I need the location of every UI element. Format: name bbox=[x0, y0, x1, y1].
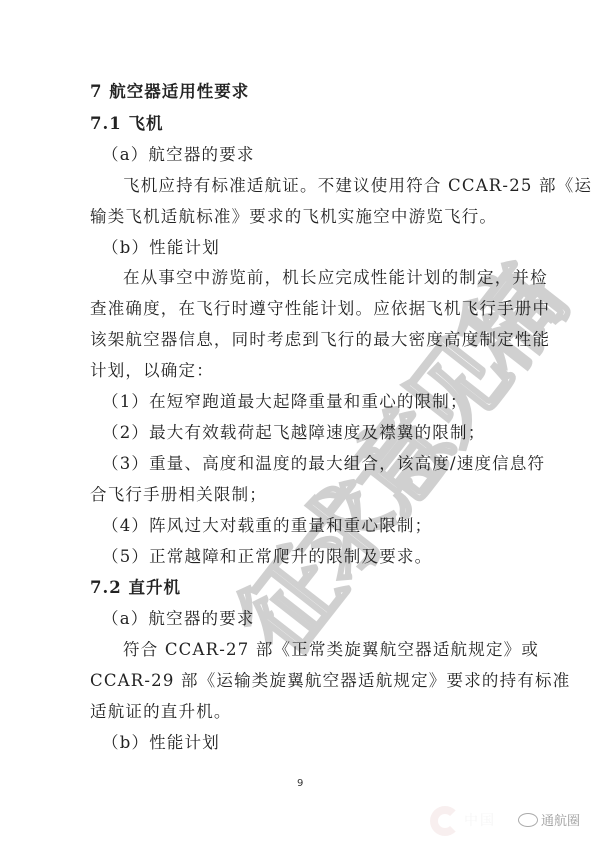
wechat-icon bbox=[518, 813, 538, 827]
list-item: （3）重量、高度和温度的最大组合，该高度/速度信息符 bbox=[102, 454, 514, 474]
page-number: 9 bbox=[297, 778, 303, 789]
list-item: （1）在短窄跑道最大起降重量和重心的限制； bbox=[102, 392, 526, 412]
paragraph-line: 输类飞机适航标准》要求的飞机实施空中游览飞行。 bbox=[90, 207, 514, 227]
paragraph-line: 适航证的直升机。 bbox=[90, 702, 514, 722]
logo-text: 中国 bbox=[464, 810, 496, 830]
paragraph-line: 在从事空中游览前，机长应完成性能计划的制定，并检 bbox=[123, 268, 514, 288]
list-item: （4）阵风过大对载重的重量和重心限制； bbox=[102, 516, 526, 536]
logo-c-icon bbox=[430, 806, 460, 836]
list-item: （2）最大有效载荷起飞越障速度及襟翼的限制； bbox=[102, 423, 526, 443]
paragraph-line: 查准确度，在飞行时遵守性能计划。应依据飞机飞行手册中 bbox=[90, 299, 514, 319]
clause-a-label: （a）航空器的要求 bbox=[102, 609, 526, 629]
wechat-account-label: 通航圈 bbox=[541, 810, 580, 829]
clause-b-label: （b）性能计划 bbox=[102, 238, 526, 258]
subsection-title-7-1: 7.1 飞机 bbox=[90, 114, 514, 134]
clause-b-label: （b）性能计划 bbox=[102, 733, 526, 753]
paragraph-line: 计划，以确定： bbox=[90, 361, 514, 381]
paragraph-line: CCAR-29 部《运输类旋翼航空器适航规定》要求的持有标准 bbox=[90, 671, 514, 691]
clause-a-label: （a）航空器的要求 bbox=[102, 145, 526, 165]
paragraph-line: 该架航空器信息，同时考虑到飞行的最大密度高度制定性能 bbox=[90, 330, 514, 350]
list-item-continuation: 合飞行手册相关限制； bbox=[90, 485, 514, 505]
document-page: 征求意见稿 7 航空器适用性要求 7.1 飞机 （a）航空器的要求 飞机应持有标… bbox=[0, 0, 600, 848]
paragraph-line: 飞机应持有标准适航证。不建议使用符合 CCAR-25 部《运 bbox=[123, 176, 514, 196]
subsection-title-7-2: 7.2 直升机 bbox=[90, 578, 514, 598]
section-title: 7 航空器适用性要求 bbox=[90, 82, 514, 102]
paragraph-line: 符合 CCAR-27 部《正常类旋翼航空器适航规定》或 bbox=[123, 640, 514, 660]
list-item: （5）正常越障和正常爬升的限制及要求。 bbox=[102, 547, 526, 567]
